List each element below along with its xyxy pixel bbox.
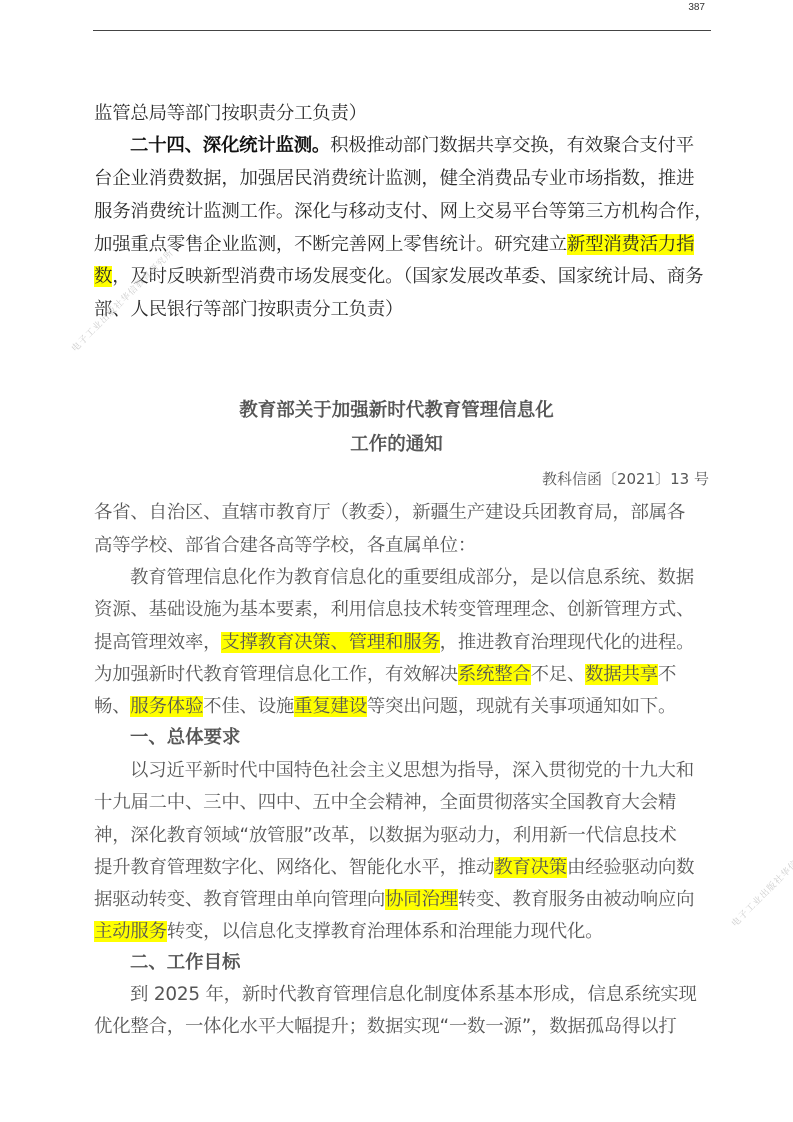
text-segment: 据驱动转变、教育管理由单向管理向 bbox=[94, 889, 385, 910]
text-line: 据驱动转变、教育管理由单向管理向协同治理转变、教育服务由被动响应向 bbox=[94, 887, 714, 913]
text-line: 加强重点零售企业监测，不断完善网上零售统计。研究建立新型消费活力指 bbox=[94, 232, 714, 258]
notice-title-line-2: 工作的通知 bbox=[0, 432, 793, 458]
highlight: 教育决策 bbox=[494, 857, 567, 878]
text-segment: 为加强新时代教育管理信息化工作，有效解决 bbox=[94, 664, 458, 685]
page-number: 387 bbox=[688, 2, 705, 13]
text-segment: 转变、教育服务由被动响应向 bbox=[458, 889, 694, 910]
highlight: 数据共享 bbox=[585, 664, 658, 685]
section-heading-2: 二、工作目标 bbox=[130, 950, 240, 976]
text-segment: 不 bbox=[658, 664, 676, 685]
text-line: 资源、基础设施为基本要素，利用信息技术转变管理理念、创新管理方式、 bbox=[94, 597, 714, 623]
section-heading-1: 一、总体要求 bbox=[130, 725, 240, 751]
text-line: 教育管理信息化作为教育信息化的重要组成部分，是以信息系统、数据 bbox=[130, 565, 750, 591]
text-line: 神，深化教育领域“放管服”改革，以数据为驱动力，利用新一代信息技术 bbox=[94, 823, 714, 849]
text-line: 台企业消费数据，加强居民消费统计监测，健全消费品专业市场指数，推进 bbox=[94, 166, 714, 192]
text-segment: 不佳、设施 bbox=[203, 696, 294, 717]
text-segment: ，推进教育治理现代化的进程。 bbox=[440, 632, 695, 653]
addressee-line: 高等学校、部省合建各高等学校，各直属单位： bbox=[94, 533, 714, 559]
text-segment: 等突出问题，现就有关事项通知如下。 bbox=[367, 696, 676, 717]
text-line: 数，及时反映新型消费市场发展变化。（国家发展改革委、国家统计局、商务 bbox=[94, 264, 714, 290]
text-line: 监管总局等部门按职责分工负责） bbox=[94, 101, 714, 127]
text-line: 优化整合，一体化水平大幅提升；数据实现“一数一源”，数据孤岛得以打 bbox=[94, 1014, 714, 1040]
text-line: 二十四、深化统计监测。积极推动部门数据共享交换，有效聚合支付平 bbox=[130, 133, 750, 159]
text-line: 十九届二中、三中、四中、五中全会精神，全面贯彻落实全国教育大会精 bbox=[94, 790, 714, 816]
text-line: 畅、服务体验不佳、设施重复建设等突出问题，现就有关事项通知如下。 bbox=[94, 694, 714, 720]
text-segment: 不足、 bbox=[531, 664, 586, 685]
text-line: 提高管理效率，支撑教育决策、管理和服务，推进教育治理现代化的进程。 bbox=[94, 630, 714, 656]
text-segment: 提高管理效率， bbox=[94, 632, 221, 653]
addressee-line: 各省、自治区、直辖市教育厅（教委），新疆生产建设兵团教育局，部属各 bbox=[94, 500, 714, 526]
text-line: 部、人民银行等部门按职责分工负责） bbox=[94, 297, 714, 323]
text-line: 为加强新时代教育管理信息化工作，有效解决系统整合不足、数据共享不 bbox=[94, 662, 714, 688]
highlight: 协同治理 bbox=[385, 889, 458, 910]
highlight: 支撑教育决策、管理和服务 bbox=[221, 632, 439, 653]
text-segment: ，及时反映新型消费市场发展变化。（国家发展改革委、国家统计局、商务 bbox=[112, 266, 703, 287]
item-24-title: 二十四、深化统计监测。 bbox=[130, 135, 330, 156]
highlight: 主动服务 bbox=[94, 921, 167, 942]
text-line: 到 2025 年，新时代教育管理信息化制度体系基本形成，信息系统实现 bbox=[130, 982, 750, 1008]
text-segment: 转变，以信息化支撑教育治理体系和治理能力现代化。 bbox=[167, 921, 604, 942]
highlight: 系统整合 bbox=[458, 664, 531, 685]
highlight: 重复建设 bbox=[294, 696, 367, 717]
highlight: 服务体验 bbox=[130, 696, 203, 717]
watermark: 电子工业出版社华信教育研究所 bbox=[728, 821, 793, 929]
header-rule bbox=[93, 30, 711, 31]
item-24-text: 积极推动部门数据共享交换，有效聚合支付平 bbox=[330, 135, 694, 156]
text-line: 以习近平新时代中国特色社会主义思想为指导，深入贯彻党的十九大和 bbox=[130, 758, 750, 784]
text-line: 主动服务转变，以信息化支撑教育治理体系和治理能力现代化。 bbox=[94, 919, 714, 945]
highlight: 数 bbox=[94, 266, 112, 287]
text-line: 提升教育管理数字化、网络化、智能化水平，推动教育决策由经验驱动向数 bbox=[94, 855, 714, 881]
text-segment: 提升教育管理数字化、网络化、智能化水平，推动 bbox=[94, 857, 494, 878]
text-line: 服务消费统计监测工作。深化与移动支付、网上交易平台等第三方机构合作， bbox=[94, 199, 714, 225]
highlight: 新型消费活力指 bbox=[567, 234, 694, 255]
text-segment: 由经验驱动向数 bbox=[567, 857, 694, 878]
document-number: 教科信函〔2021〕13 号 bbox=[542, 468, 709, 490]
notice-title-line-1: 教育部关于加强新时代教育管理信息化 bbox=[0, 398, 793, 424]
text-segment: 畅、 bbox=[94, 696, 130, 717]
